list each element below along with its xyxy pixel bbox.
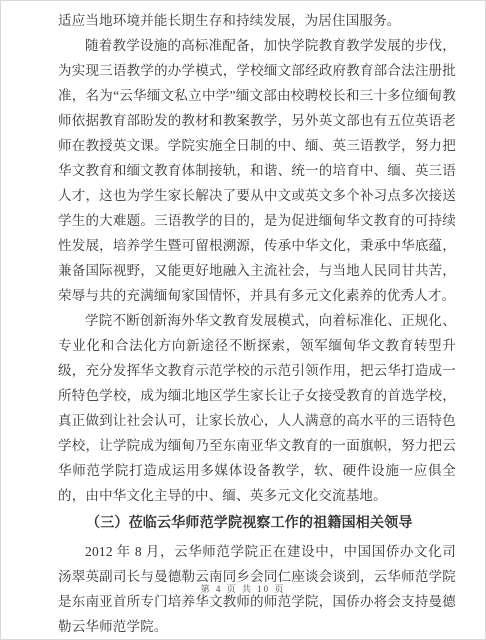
document-body: 适应当地环境并能长期生存和持续发展，为居住国服务。随着教学设施的高标准配备，加快… [58,8,456,639]
page-footer: 第 4 页 共 10 页 [1,582,485,595]
document-page: 适应当地环境并能长期生存和持续发展，为居住国服务。随着教学设施的高标准配备，加快… [0,0,486,640]
body-paragraph: 适应当地环境并能长期生存和持续发展，为居住国服务。 [58,8,456,33]
page-number-text: 第 4 页 共 10 页 [201,584,286,594]
body-paragraph: 学院不断创新海外华文教育发展模式，向着标准化、正规化、专业化和合法化方向新途径不… [58,308,456,508]
body-paragraph: 随着教学设施的高标准配备，加快学院教育教学发展的步伐，为实现三语教学的办学模式，… [58,33,456,308]
section-heading: （三）莅临云华师范学院视察工作的祖籍国相关领导 [58,511,456,536]
